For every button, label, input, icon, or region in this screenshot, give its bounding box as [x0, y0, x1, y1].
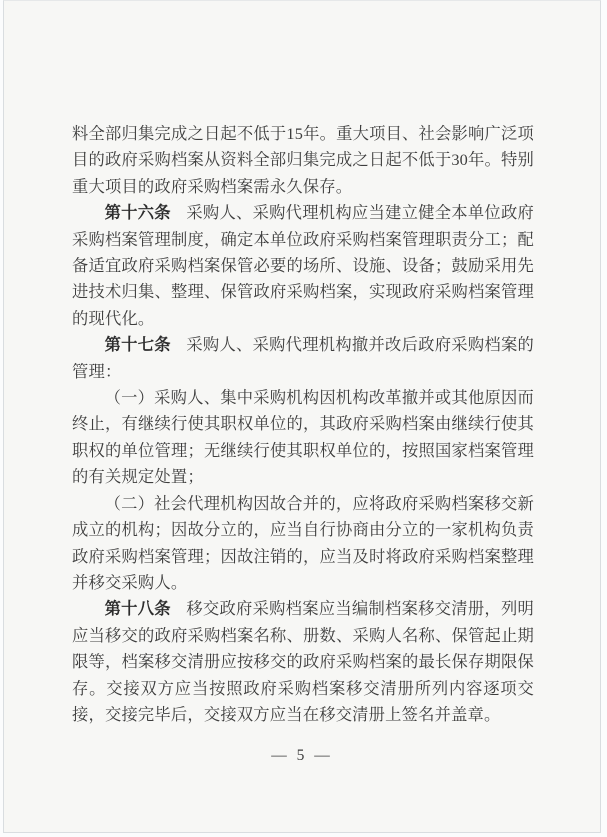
scanned-document-page: 料全部归集完成之日起不低于15年。重大项目、社会影响广泛项目的政府采购档案从资料…	[3, 0, 601, 833]
article-16-number: 第十六条	[105, 203, 171, 222]
article-17-number: 第十七条	[105, 335, 171, 354]
paragraph-item-2: （二）社会代理机构因故合并的，应将政府采购档案移交新成立的机构；因故分立的，应当…	[72, 491, 534, 597]
paragraph-continuation: 料全部归集完成之日起不低于15年。重大项目、社会影响广泛项目的政府采购档案从资料…	[72, 121, 534, 200]
paragraph-article-16: 第十六条采购人、采购代理机构应当建立健全本单位政府采购档案管理制度，确定本单位政…	[72, 200, 534, 332]
paragraph-text: （二）社会代理机构因故合并的，应将政府采购档案移交新成立的机构；因故分立的，应当…	[72, 494, 534, 592]
page-number: — 5 —	[4, 747, 600, 765]
article-18-number: 第十八条	[105, 599, 171, 618]
paragraph-item-1: （一）采购人、集中采购机构因机构改革撤并或其他原因而终止，有继续行使其职权单位的…	[72, 385, 534, 491]
document-body: 料全部归集完成之日起不低于15年。重大项目、社会影响广泛项目的政府采购档案从资料…	[72, 121, 534, 728]
paragraph-article-18: 第十八条移交政府采购档案应当编制档案移交清册，列明应当移交的政府采购档案名称、册…	[72, 596, 534, 728]
paragraph-text: 料全部归集完成之日起不低于15年。重大项目、社会影响广泛项目的政府采购档案从资料…	[72, 124, 534, 196]
paragraph-text: 移交政府采购档案应当编制档案移交清册，列明应当移交的政府采购档案名称、册数、采购…	[72, 599, 534, 724]
paragraph-article-17: 第十七条采购人、采购代理机构撤并改后政府采购档案的管理：	[72, 332, 534, 385]
paragraph-text: （一）采购人、集中采购机构因机构改革撤并或其他原因而终止，有继续行使其职权单位的…	[72, 388, 534, 486]
